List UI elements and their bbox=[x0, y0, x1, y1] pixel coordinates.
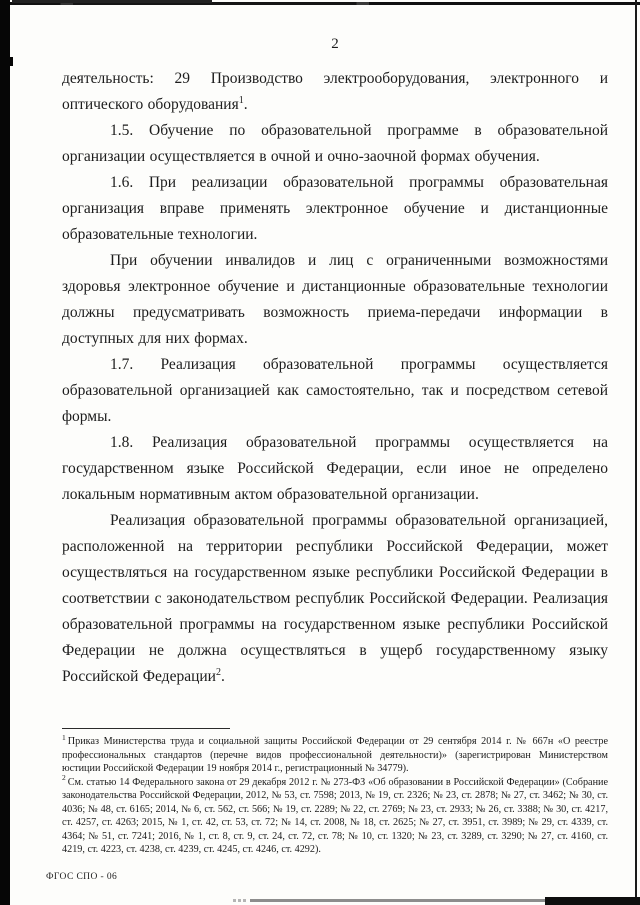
paragraph-text: При обучении инвалидов и лиц с ограничен… bbox=[62, 252, 608, 347]
paragraph-1-8: 1.8. Реализация образовательной программ… bbox=[62, 430, 608, 508]
paragraph-text: 1.7. Реализация образовательной программ… bbox=[62, 356, 608, 425]
scan-edge-top-line-segment bbox=[12, 0, 212, 3]
scan-edge-left-bar bbox=[0, 0, 10, 905]
paragraph-1-5: 1.5. Обучение по образовательной програм… bbox=[62, 118, 608, 170]
paragraph-text: деятельность: 29 Производство электрообо… bbox=[62, 70, 608, 113]
scan-edge-bottom-black-bar bbox=[545, 897, 640, 905]
paragraph-1-7: 1.7. Реализация образовательной программ… bbox=[62, 352, 608, 430]
document-code-footer: ФГОС СПО - 06 bbox=[46, 872, 117, 882]
scan-edge-bottom-gray-bar bbox=[250, 899, 545, 902]
paragraph-text: Реализация образовательной программы обр… bbox=[62, 512, 608, 685]
paragraph-text: 1.5. Обучение по образовательной програм… bbox=[62, 122, 608, 165]
footnote-separator-rule bbox=[62, 728, 230, 729]
scan-edge-left-notch bbox=[10, 57, 13, 66]
text-column: 2 деятельность: 29 Производство электроо… bbox=[62, 36, 608, 690]
paragraph-continuation: деятельность: 29 Производство электрообо… bbox=[62, 66, 608, 118]
scan-edge-bottom-dashes bbox=[233, 899, 247, 902]
document-page: 2 деятельность: 29 Производство электроо… bbox=[0, 0, 640, 905]
paragraph-text: 1.6. При реализации образовательной прог… bbox=[62, 174, 608, 243]
footnote-text: Приказ Министерства труда и социальной з… bbox=[62, 736, 608, 774]
footnote-1: 1Приказ Министерства труда и социальной … bbox=[62, 735, 608, 776]
paragraph-disabilities: При обучении инвалидов и лиц с ограничен… bbox=[62, 248, 608, 352]
paragraph-republic-language: Реализация образовательной программы обр… bbox=[62, 508, 608, 690]
paragraph-1-6: 1.6. При реализации образовательной прог… bbox=[62, 170, 608, 248]
page-number: 2 bbox=[62, 36, 608, 53]
scan-edge-right-line bbox=[635, 0, 637, 899]
paragraph-text: . bbox=[221, 668, 225, 685]
paragraph-text: 1.8. Реализация образовательной программ… bbox=[62, 434, 608, 503]
footnote-text: См. статью 14 Федерального закона от 29 … bbox=[62, 777, 608, 856]
footnote-2: 2См. статью 14 Федерального закона от 29… bbox=[62, 776, 608, 857]
footnotes-section: 1Приказ Министерства труда и социальной … bbox=[62, 728, 608, 857]
paragraph-text: . bbox=[244, 96, 248, 113]
